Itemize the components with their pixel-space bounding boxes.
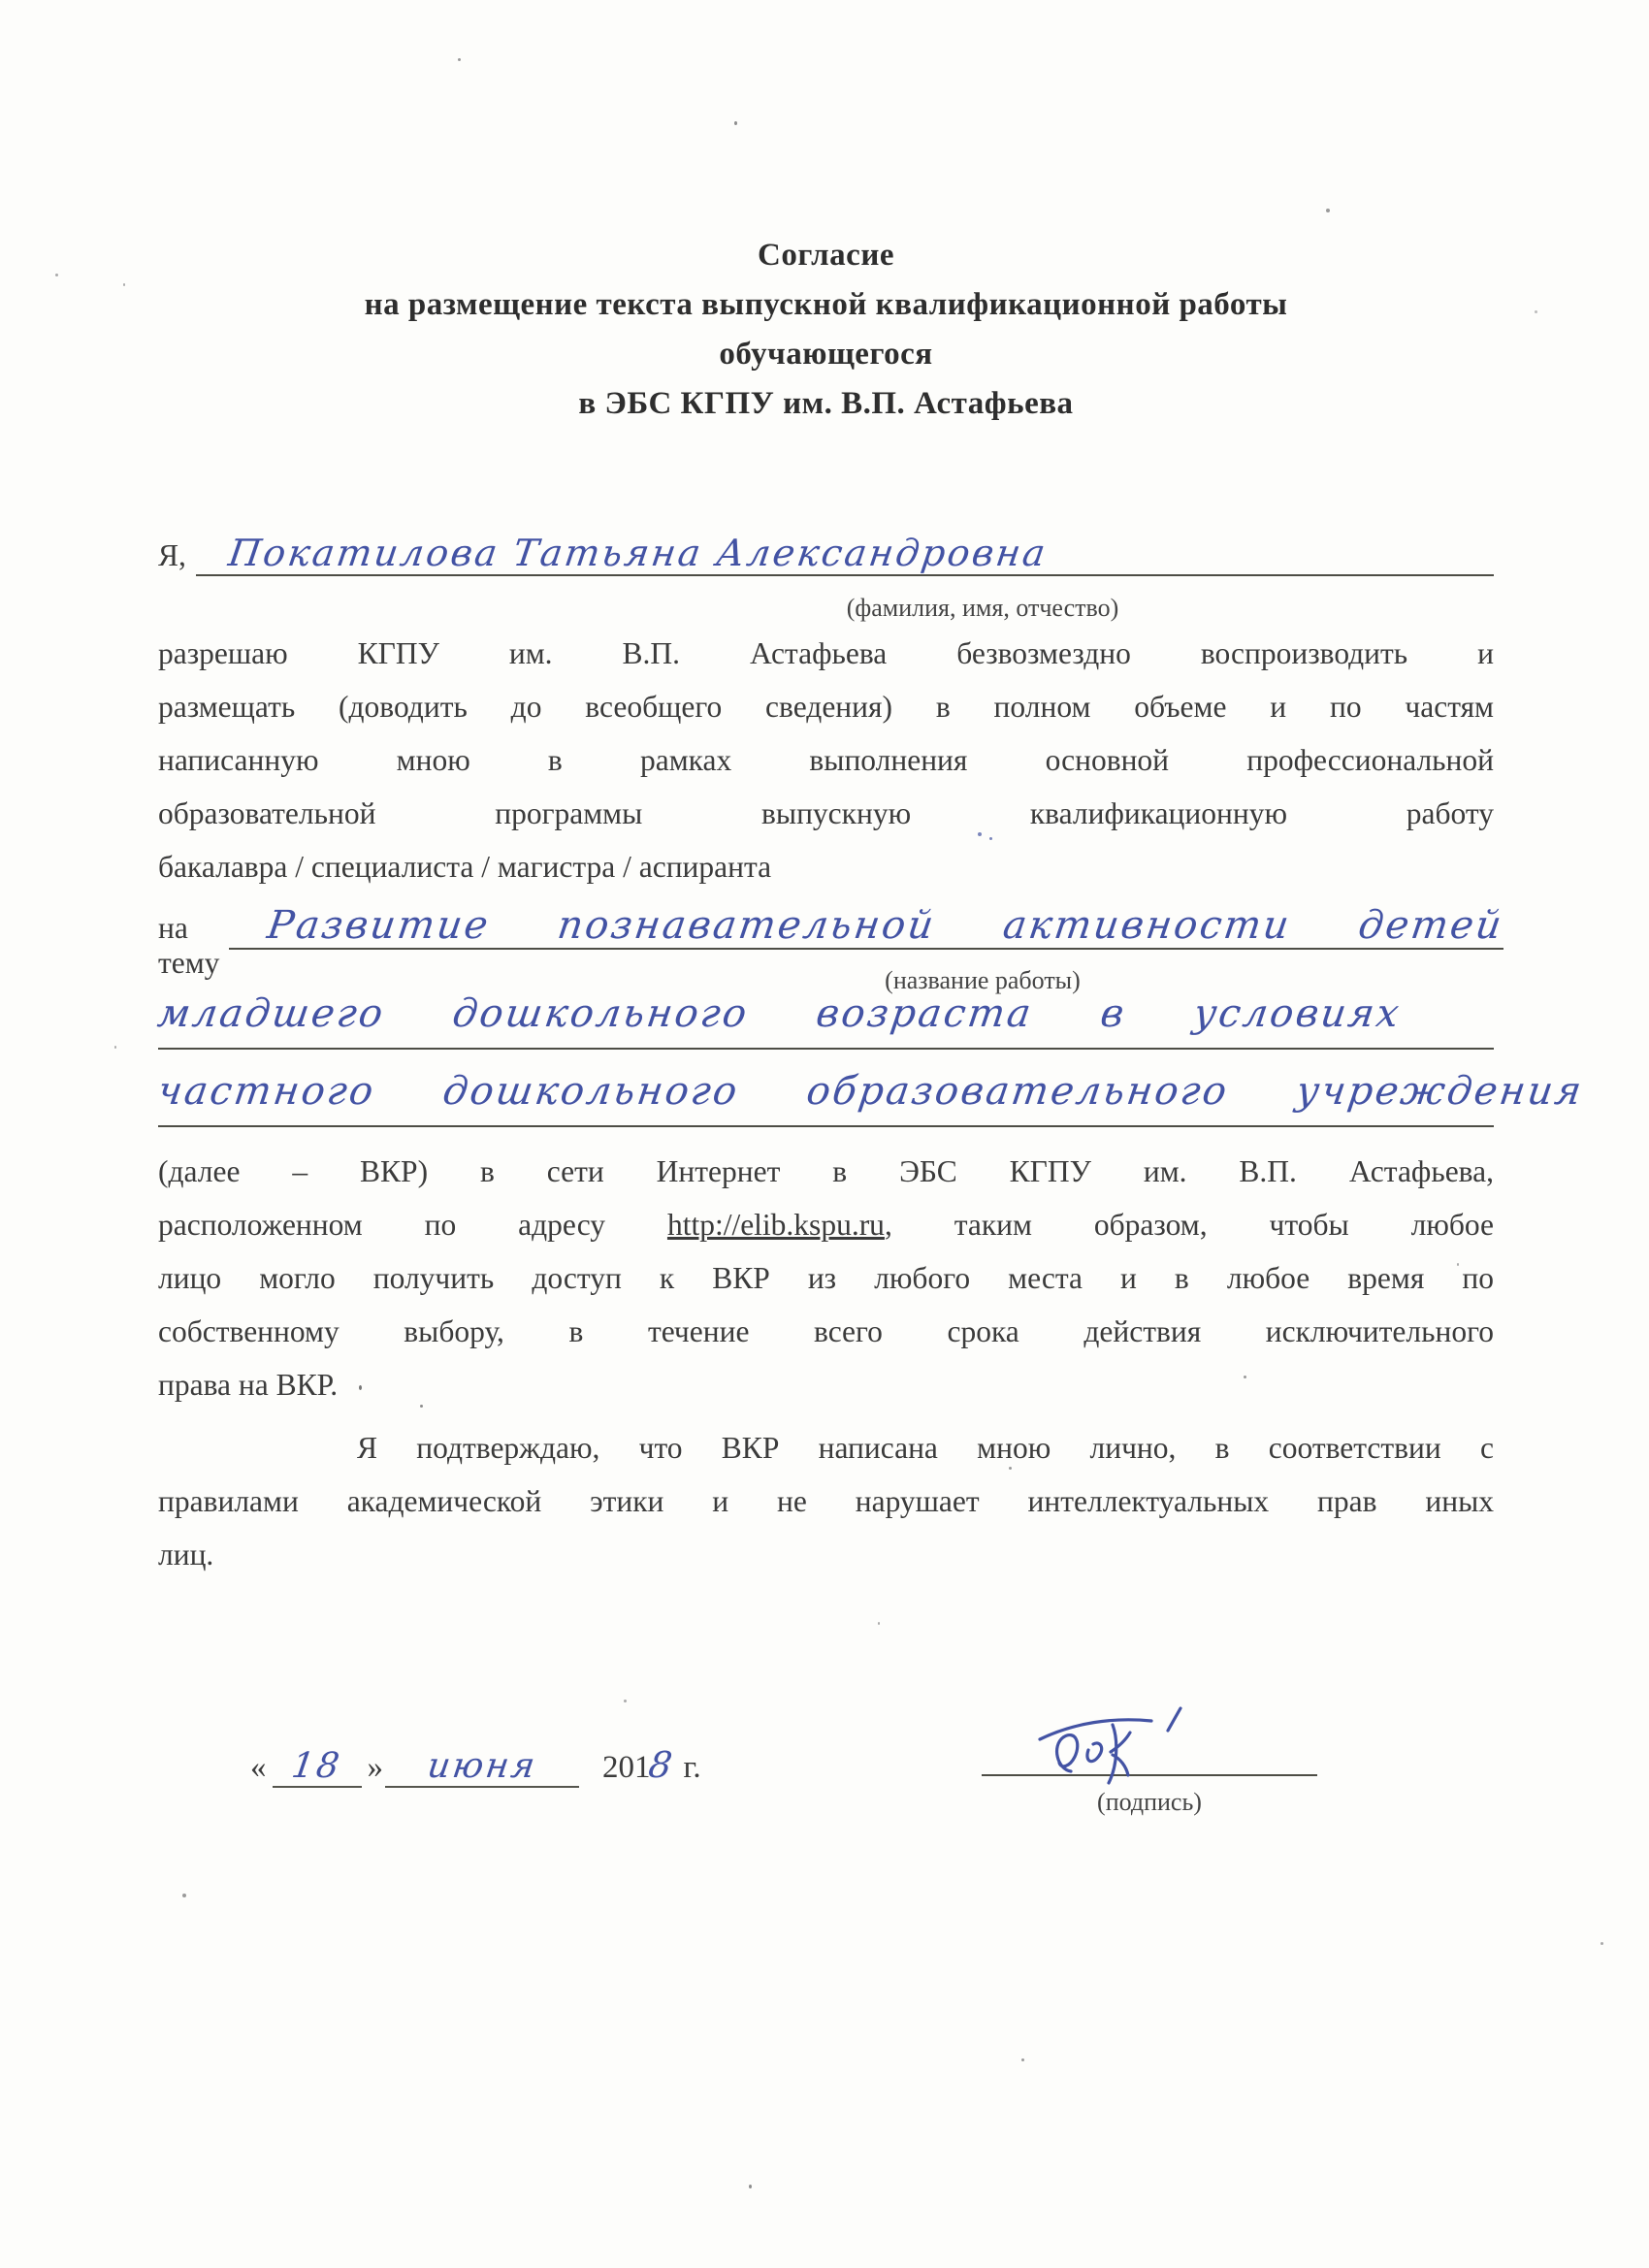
declarant-prefix: Я,	[158, 538, 186, 573]
year-last-digit-handwritten: 8	[645, 1744, 676, 1786]
scan-speckle	[1009, 1467, 1012, 1470]
title-line-3: обучающегося	[158, 330, 1494, 379]
paragraph-line: Я подтверждаю, что ВКР написана мною лич…	[158, 1421, 1494, 1474]
declarant-name-field: Покатилова Татьяна Александровна	[196, 532, 1494, 576]
paragraph-line: собственному выбору, в течение всего сро…	[158, 1305, 1494, 1358]
paragraph-line: бакалавра / специалиста / магистра / асп…	[158, 840, 1494, 893]
scan-speckle	[458, 58, 461, 61]
confirmation-paragraph: Я подтверждаю, что ВКР написана мною лич…	[158, 1421, 1494, 1581]
paragraph-line: размещать (доводить до всеобщего сведени…	[158, 680, 1494, 733]
title-line-1: Согласие	[158, 231, 1494, 280]
topic-handwritten-line-3: частного дошкольного образовательного уч…	[155, 1069, 1587, 1114]
scan-speckle	[978, 832, 982, 836]
declarant-row: Я, Покатилова Татьяна Александровна	[158, 532, 1494, 576]
paragraph-line: написанную мною в рамках выполнения осно…	[158, 733, 1494, 787]
month-handwritten: июня	[425, 1746, 539, 1786]
scan-speckle	[114, 1046, 116, 1049]
signature-line	[982, 1774, 1317, 1776]
paragraph-line: лиц.	[158, 1528, 1494, 1581]
paragraph-line: лицо могло получить доступ к ВКР из любо…	[158, 1251, 1494, 1305]
topic-handwritten-line-1: Развитие познавательной активности детей	[226, 903, 1506, 948]
scan-speckle	[878, 1622, 880, 1625]
paragraph-line: права на ВКР.	[158, 1358, 1494, 1411]
scan-speckle	[1021, 2058, 1024, 2061]
scan-speckle	[1535, 310, 1537, 313]
topic-handwritten-line-2: младшего дошкольного возраста в условиях	[155, 991, 1405, 1036]
paragraph-line: (далее – ВКР) в сети Интернет в ЭБС КГПУ…	[158, 1145, 1494, 1198]
scan-speckle	[182, 1894, 186, 1897]
day-field: 18	[273, 1746, 362, 1788]
scan-speckle	[123, 283, 125, 286]
scan-speckle	[1600, 1942, 1603, 1945]
topic-field-line-3: частного дошкольного образовательного уч…	[158, 1069, 1494, 1127]
signature-caption: (подпись)	[982, 1788, 1317, 1817]
topic-field-line-2: младшего дошкольного возраста в условиях	[158, 991, 1494, 1050]
scan-speckle	[1326, 209, 1330, 212]
day-handwritten: 18	[289, 1746, 344, 1786]
scan-speckle	[989, 837, 992, 840]
year-suffix: г.	[684, 1750, 701, 1786]
topic-field-line-1: Развитие познавательной активности детей	[229, 903, 1503, 950]
permission-paragraph: разрешаю КГПУ им. В.П. Астафьева безвозм…	[158, 627, 1494, 893]
close-quote: »	[368, 1750, 384, 1786]
name-caption: (фамилия, имя, отчество)	[158, 594, 1649, 623]
placement-paragraph: (далее – ВКР) в сети Интернет в ЭБС КГПУ…	[158, 1145, 1494, 1411]
scan-speckle	[749, 2185, 752, 2188]
scan-speckle	[624, 1700, 627, 1702]
scan-speckle	[420, 1405, 423, 1408]
url-prefix-text: расположенном по адресу	[158, 1208, 667, 1242]
month-field: июня	[385, 1746, 579, 1788]
title-line-4: в ЭБС КГПУ им. В.П. Астафьева	[158, 379, 1494, 429]
paragraph-line: разрешаю КГПУ им. В.П. Астафьева безвозм…	[158, 627, 1494, 680]
scan-speckle	[1244, 1376, 1246, 1378]
declarant-name-handwritten: Покатилова Татьяна Александровна	[193, 532, 1051, 574]
document-title: Согласие на размещение текста выпускной …	[158, 231, 1494, 429]
url-suffix-text: , таким образом, чтобы любое	[885, 1208, 1494, 1242]
scan-speckle	[1457, 1263, 1459, 1266]
elib-url-text: http://elib.kspu.ru	[667, 1208, 885, 1242]
title-line-2: на размещение текста выпускной квалифика…	[158, 280, 1494, 330]
paragraph-line-with-url: расположенном по адресу http://elib.kspu…	[158, 1198, 1494, 1251]
signature-block: (подпись)	[982, 1696, 1317, 1817]
scan-speckle	[359, 1385, 362, 1390]
paragraph-line: правилами академической этики и не наруш…	[158, 1474, 1494, 1528]
scan-speckle	[55, 274, 58, 276]
scan-speckle	[734, 121, 737, 125]
open-quote: «	[250, 1750, 267, 1786]
date-row: « 18 » июня 201 8 г.	[250, 1744, 701, 1788]
scanned-consent-document: Согласие на размещение текста выпускной …	[0, 0, 1649, 2268]
year-printed: 201	[602, 1750, 651, 1786]
paragraph-line: образовательной программы выпускную квал…	[158, 787, 1494, 840]
